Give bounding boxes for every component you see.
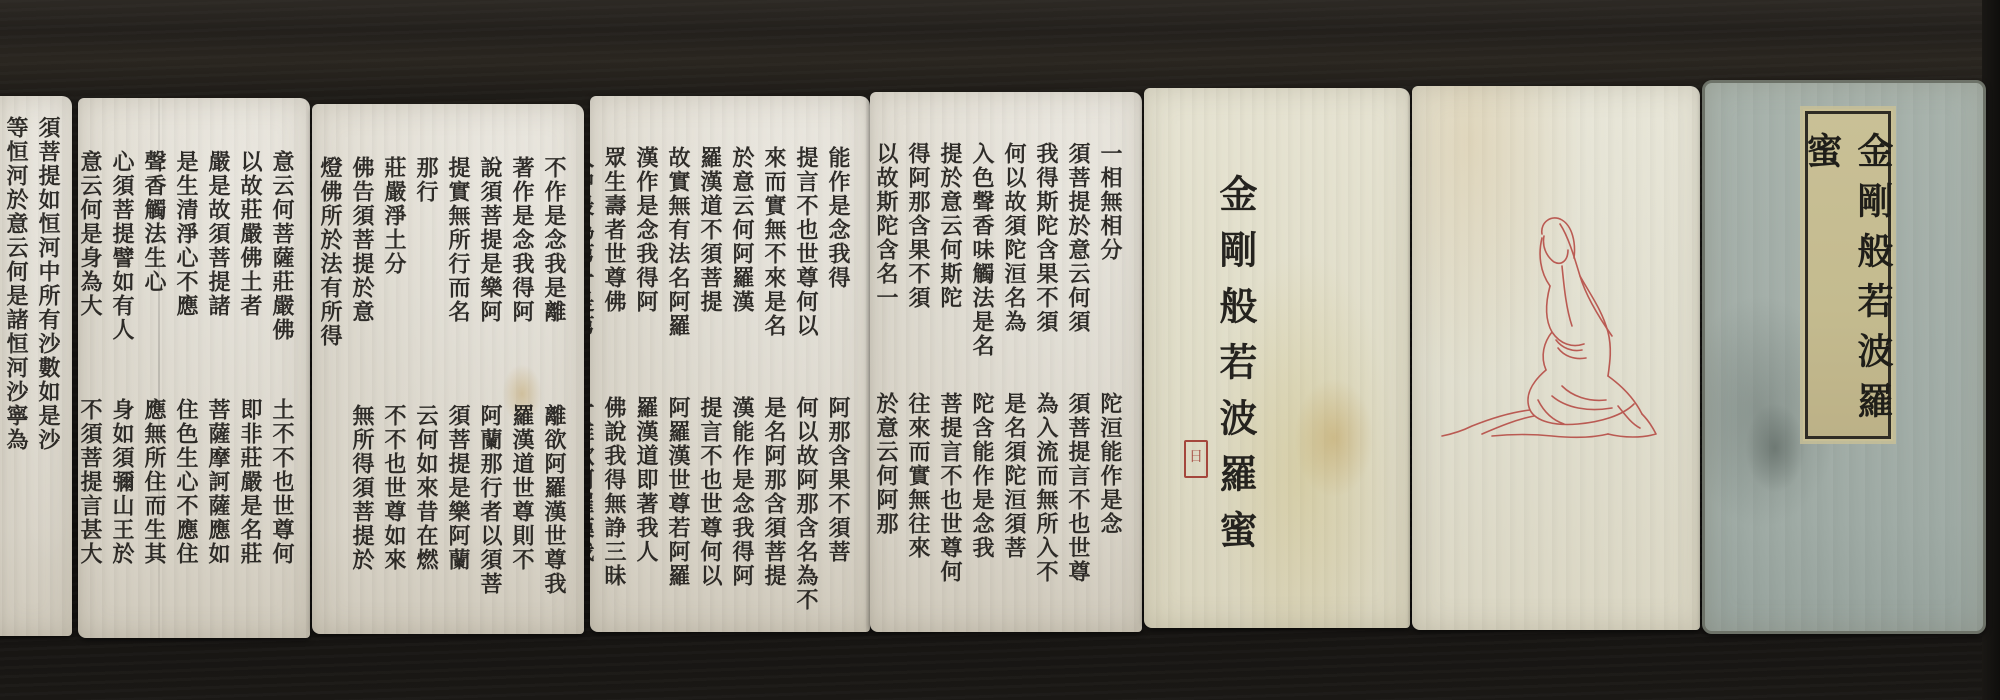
text-column: 何以故阿那含名為不 (792, 396, 820, 616)
manuscript-page-d: 能作是念我得 提言不也世尊何以 來而實無不來是名 於意云何阿羅漢 羅漢道不須菩提… (590, 96, 870, 632)
text-column: 於意云何阿那 (872, 392, 900, 622)
text-column: 意云何菩薩莊嚴佛 (268, 150, 296, 400)
text-column: 須菩提言不也世尊 (1064, 392, 1092, 622)
cover-title-label: 金剛般若波羅蜜 (1805, 111, 1891, 439)
text-column: 不作是念我是離 (540, 156, 568, 406)
text-column: 菩提言不也世尊何 (936, 392, 964, 622)
text-column: 是名阿那含須菩提 (760, 396, 788, 616)
text-column: 羅漢道世尊則不 (508, 404, 536, 624)
text-column: 陀含能作是念我 (968, 392, 996, 622)
chapter-heading: 莊嚴淨土分 (380, 156, 408, 406)
text-column: 云何如來昔在燃 (412, 404, 440, 624)
wear-mark (1745, 403, 1805, 493)
text-column: 那行 (412, 156, 440, 406)
chapter-heading: 一相無相分 (1096, 142, 1124, 392)
seated-guanyin-drawing (1412, 86, 1700, 630)
text-column: 陀洹能作是念 (1096, 392, 1124, 622)
manuscript-page-partial: 須菩提如恒河中所有沙數如是沙 等恒河於意云何是諸恒河沙寧為 (0, 96, 72, 636)
cover-title: 金剛般若波羅蜜 (1797, 132, 1899, 436)
text-column: 羅漢道不須菩提 (696, 146, 724, 396)
text-column: 漢能作是念我得阿 (728, 396, 756, 616)
text-column: 人中最為第一是第 (590, 146, 596, 396)
text-column: 眾生壽者世尊佛 (600, 146, 628, 396)
text-column: 須菩提是樂阿蘭 (444, 404, 472, 624)
text-column: 無所得須菩提於 (348, 404, 376, 624)
text-column: 以故莊嚴佛土者 (236, 150, 264, 400)
text-column: 離欲阿羅漢世尊我 (540, 404, 568, 624)
text-column: 住色生心不應住 (172, 398, 200, 628)
text-column: 須菩提如恒河中所有沙數如是沙 (34, 116, 62, 616)
text-column: 阿那含果不須菩 (824, 396, 852, 616)
text-column: 是生清淨心不應 (172, 150, 200, 400)
text-column: 燈佛所於法有所得 (316, 156, 344, 406)
text-column: 不不也世尊如來 (380, 404, 408, 624)
text-column: 聲香觸法生心 (140, 150, 168, 400)
text-column: 嚴是故須菩提諸 (204, 150, 232, 400)
text-column: 為入流而無所入不 (1032, 392, 1060, 622)
text-column: 漢作是念我得阿 (632, 146, 660, 396)
manuscript-page-e: 一相無相分 須菩提於意云何須 我得斯陀含果不須 何以故須陀洹名為 入色聲香味觸法… (870, 92, 1142, 632)
text-column: 意云何是身為大 (78, 150, 104, 400)
text-column: 入色聲香味觸法是名 (968, 142, 996, 392)
text-column: 土不不也世尊何 (268, 398, 296, 628)
text-column: 能作是念我得 (824, 146, 852, 396)
title-page: 金剛般若波羅蜜 日 (1144, 88, 1410, 628)
text-column: 心須菩提譬如有人 (108, 150, 136, 400)
manuscript-page-b: 意云何菩薩莊嚴佛 以故莊嚴佛土者 嚴是故須菩提諸 是生清淨心不應 聲香觸法生心 … (78, 98, 310, 638)
text-column: 我得斯陀含果不須 (1032, 142, 1060, 392)
book-cover: 金剛般若波羅蜜 (1702, 80, 1986, 634)
text-column: 一離欲阿羅漢我 (590, 396, 596, 616)
text-column: 提實無所行而名 (444, 156, 472, 406)
text-column: 提於意云何斯陀 (936, 142, 964, 392)
water-stain (1294, 378, 1374, 498)
text-column: 菩薩摩訶薩應如 (204, 398, 232, 628)
text-column: 須菩提於意云何須 (1064, 142, 1092, 392)
text-column: 以故斯陀含名一 (872, 142, 900, 392)
text-column: 佛說我得無諍三昧 (600, 396, 628, 616)
title-page-title: 金剛般若波羅蜜 (1208, 174, 1263, 566)
text-column: 故實無有法名阿羅 (664, 146, 692, 396)
text-column: 阿蘭那行者以須菩 (476, 404, 504, 624)
text-column: 應無所住而生其 (140, 398, 168, 628)
illustration-page (1412, 86, 1700, 630)
text-column: 提言不也世尊何以 (696, 396, 724, 616)
text-column: 往來而實無往來 (904, 392, 932, 622)
text-column: 是名須陀洹須菩 (1000, 392, 1028, 622)
text-column: 何以故須陀洹名為 (1000, 142, 1028, 392)
text-column: 佛告須菩提於意 (348, 156, 376, 406)
text-column: 不須菩提言甚大 (78, 398, 104, 628)
text-column: 身如須彌山王於 (108, 398, 136, 628)
text-column: 即非莊嚴是名莊 (236, 398, 264, 628)
text-column: 於意云何阿羅漢 (728, 146, 756, 396)
red-seal-stamp: 日 (1184, 440, 1208, 478)
text-column: 提言不也世尊何以 (792, 146, 820, 396)
text-column: 來而實無不來是名 (760, 146, 788, 396)
manuscript-page-c: 不作是念我是離 著作是念我得阿 說須菩提是樂阿 提實無所行而名 那行 莊嚴淨土分… (312, 104, 584, 634)
text-column: 說須菩提是樂阿 (476, 156, 504, 406)
text-column: 阿羅漢世尊若阿羅 (664, 396, 692, 616)
text-column: 得阿那含果不須 (904, 142, 932, 392)
text-column: 羅漢道即著我人 (632, 396, 660, 616)
text-column: 著作是念我得阿 (508, 156, 536, 406)
text-column: 等恒河於意云何是諸恒河沙寧為 (2, 116, 30, 616)
